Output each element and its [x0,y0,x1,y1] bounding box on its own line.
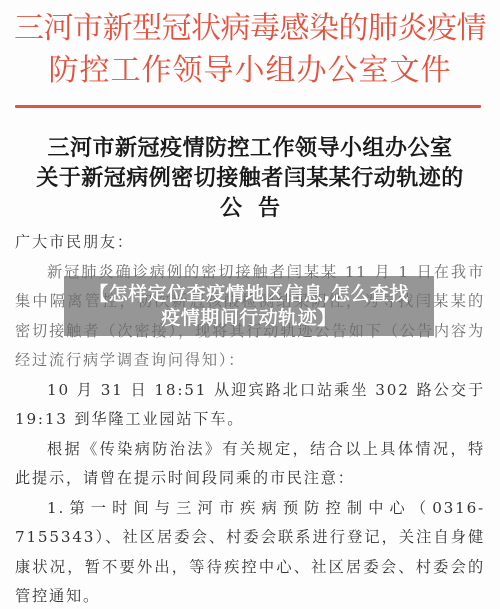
notice-title-line-3: 公告 [0,193,500,223]
letterhead-line-2: 防控工作领导小组办公室文件 [0,50,500,92]
letterhead-line-1: 三河市新型冠状病毒感染的肺炎疫情 [0,8,500,50]
notice-title-line-2: 关于新冠病例密切接触者闫某某行动轨迹的 [0,163,500,193]
paragraph-instruction-1: 1.第一时间与三河市疾病预防控制中心（0316-7155343）、社区居委会、村… [15,494,485,609]
overlay-line-2: 疫情期间行动轨迹】 [64,306,434,330]
notice-title: 三河市新冠疫情防控工作领导小组办公室 关于新冠病例密切接触者闫某某行动轨迹的 公… [0,133,500,223]
paragraph-legal-basis: 根据《传染病防治法》有关规定，结合以上具体情况，特此提示，请曾在提示时间段同乘的… [15,435,485,494]
red-letterhead: 三河市新型冠状病毒感染的肺炎疫情 防控工作领导小组办公室文件 [0,8,500,92]
salutation: 广大市民朋友： [15,228,485,258]
overlay-line-1: 【怎样定位查疫情地区信息,怎么查找 [64,282,434,306]
document-page: 三河市新型冠状病毒感染的肺炎疫情 防控工作领导小组办公室文件 三河市新冠疫情防控… [0,0,500,609]
red-divider [15,105,481,108]
notice-title-line-1: 三河市新冠疫情防控工作领导小组办公室 [0,133,500,163]
article-title-overlay: 【怎样定位查疫情地区信息,怎么查找 疫情期间行动轨迹】 [64,276,434,336]
paragraph-bus-trip: 10 月 31 日 18:51 从迎宾路北口站乘坐 302 路公交于 19:13… [15,376,485,435]
